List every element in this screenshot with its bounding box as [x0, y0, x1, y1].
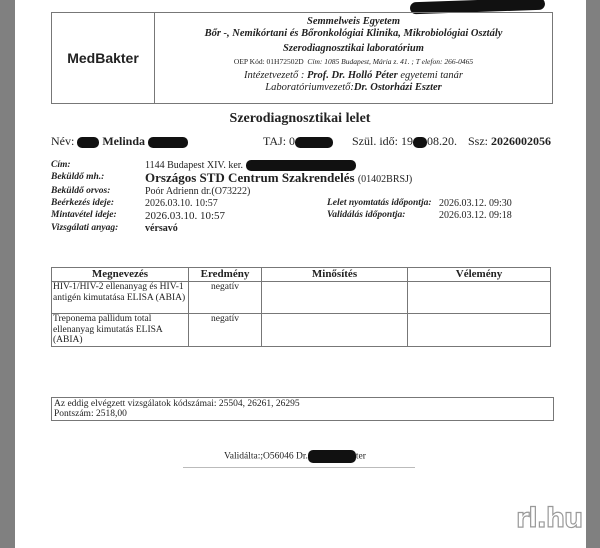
- arrival-value: 2026.03.10. 10:57: [145, 198, 218, 209]
- taj-label: TAJ:: [263, 134, 286, 148]
- test-rating: [262, 282, 408, 314]
- validation-time-value: 2026.03.12. 09:18: [439, 210, 512, 221]
- results-table: Megnevezés Eredmény Minősítés Vélemény H…: [51, 267, 551, 347]
- col-header-opinion: Vélemény: [408, 268, 551, 282]
- test-name: Treponema pallidum total ellenanyag kimu…: [52, 314, 189, 347]
- sampling-label: Mintavétel ideje:: [51, 210, 117, 220]
- test-result: negatív: [189, 282, 262, 314]
- logo: MedBakter: [52, 13, 155, 103]
- birth-date: Szül. idő: 1908.20.: [352, 134, 457, 149]
- sampling-value: 2026.03.10. 10:57: [145, 210, 225, 222]
- document-title: Szerodiagnosztikai lelet: [0, 111, 600, 127]
- birth-prefix: 19: [401, 134, 413, 148]
- sender-value: Országos STD Centrum Szakrendelés (01402…: [145, 170, 412, 186]
- sender-name: Országos STD Centrum Szakrendelés: [145, 170, 355, 185]
- table-row: Treponema pallidum total ellenanyag kimu…: [52, 314, 551, 347]
- name-value: Melinda: [102, 134, 145, 148]
- address-label: Cím:: [51, 160, 71, 170]
- material-label: Vizsgálati anyag:: [51, 223, 118, 233]
- print-time-label: Lelet nyomtatás időpontja:: [327, 198, 432, 208]
- contact-line: OEP Kód: 01H72502D Cím: 1085 Budapest, M…: [155, 58, 552, 67]
- doctor-label: Beküldő orvos:: [51, 186, 110, 196]
- letterhead: MedBakter Semmelweis Egyetem Bőr -, Nemi…: [51, 12, 553, 104]
- taj-number: TAJ: 0: [263, 134, 333, 149]
- serial-number: Ssz: 2026002056: [468, 134, 551, 149]
- left-border-band: [0, 0, 15, 548]
- test-codes: Az eddig elvégzett vizsgálatok kódszámai…: [54, 399, 551, 409]
- col-header-result: Eredmény: [189, 268, 262, 282]
- col-header-name: Megnevezés: [52, 268, 189, 282]
- sender-label: Beküldő mh.:: [51, 172, 104, 182]
- labhead-line: Laboratóriumvezető:Dr. Ostorházi Eszter: [155, 82, 552, 94]
- institution-info: Semmelweis Egyetem Bőr -, Nemikórtani és…: [155, 13, 552, 103]
- watermark: rl.hu: [516, 503, 582, 534]
- points: Pontszám: 2518,00: [54, 409, 551, 419]
- redaction-mark: [148, 137, 188, 148]
- ssz-value: 2026002056: [491, 134, 551, 148]
- table-header-row: Megnevezés Eredmény Minősítés Vélemény: [52, 268, 551, 282]
- col-header-rating: Minősítés: [262, 268, 408, 282]
- director-name: Prof. Dr. Holló Péter: [307, 70, 398, 81]
- test-rating: [262, 314, 408, 347]
- director-line: Intézetvezető : Prof. Dr. Holló Péter eg…: [155, 70, 552, 82]
- clinic-name: Bőr -, Nemikórtani és Bőronkológiai Klin…: [155, 28, 552, 40]
- validator-suffix: ter: [356, 452, 366, 462]
- director-title: egyetemi tanár: [400, 70, 463, 81]
- director-label: Intézetvezető :: [244, 70, 304, 81]
- test-opinion: [408, 282, 551, 314]
- test-name: HIV-1/HIV-2 ellenanyag és HIV-1 antigén …: [52, 282, 189, 314]
- test-result: negatív: [189, 314, 262, 347]
- validator-prefix: Validálta:;O56046 Dr.: [224, 452, 308, 462]
- arrival-label: Beérkezés ideje:: [51, 198, 114, 208]
- birth-label: Szül. idő:: [352, 134, 398, 148]
- redaction-mark: [308, 450, 356, 463]
- table-row: HIV-1/HIV-2 ellenanyag és HIV-1 antigén …: [52, 282, 551, 314]
- oep-code: OEP Kód: 01H72502D: [234, 57, 304, 66]
- university-name: Semmelweis Egyetem: [155, 16, 552, 28]
- redaction-mark: [295, 137, 333, 148]
- material-value: vérsavó: [145, 223, 178, 234]
- summary-box: Az eddig elvégzett vizsgálatok kódszámai…: [51, 397, 554, 421]
- patient-name: Név: Melinda: [51, 134, 188, 149]
- redaction-mark: [413, 137, 427, 148]
- sender-code: (01402BRSJ): [358, 174, 412, 185]
- test-opinion: [408, 314, 551, 347]
- right-border-band: [586, 0, 600, 548]
- lab-name: Szerodiagnosztikai laboratórium: [155, 43, 552, 55]
- validation-time-label: Validálás időpontja:: [327, 210, 405, 220]
- labhead-label: Laboratóriumvezető:: [265, 82, 354, 93]
- validator-line: Validálta:;O56046 Dr.ter: [224, 450, 366, 463]
- doctor-value: Poór Adrienn dr.(O73222): [145, 186, 250, 197]
- signature-line: [183, 467, 415, 468]
- labhead-name: Dr. Ostorházi Eszter: [354, 82, 442, 93]
- ssz-label: Ssz:: [468, 134, 488, 148]
- redaction-mark: [77, 137, 99, 148]
- birth-suffix: 08.20.: [427, 134, 457, 148]
- print-time-value: 2026.03.12. 09:30: [439, 198, 512, 209]
- address: Cím: 1085 Budapest, Mária z. 41. ; T ele…: [307, 57, 473, 66]
- name-label: Név:: [51, 134, 74, 148]
